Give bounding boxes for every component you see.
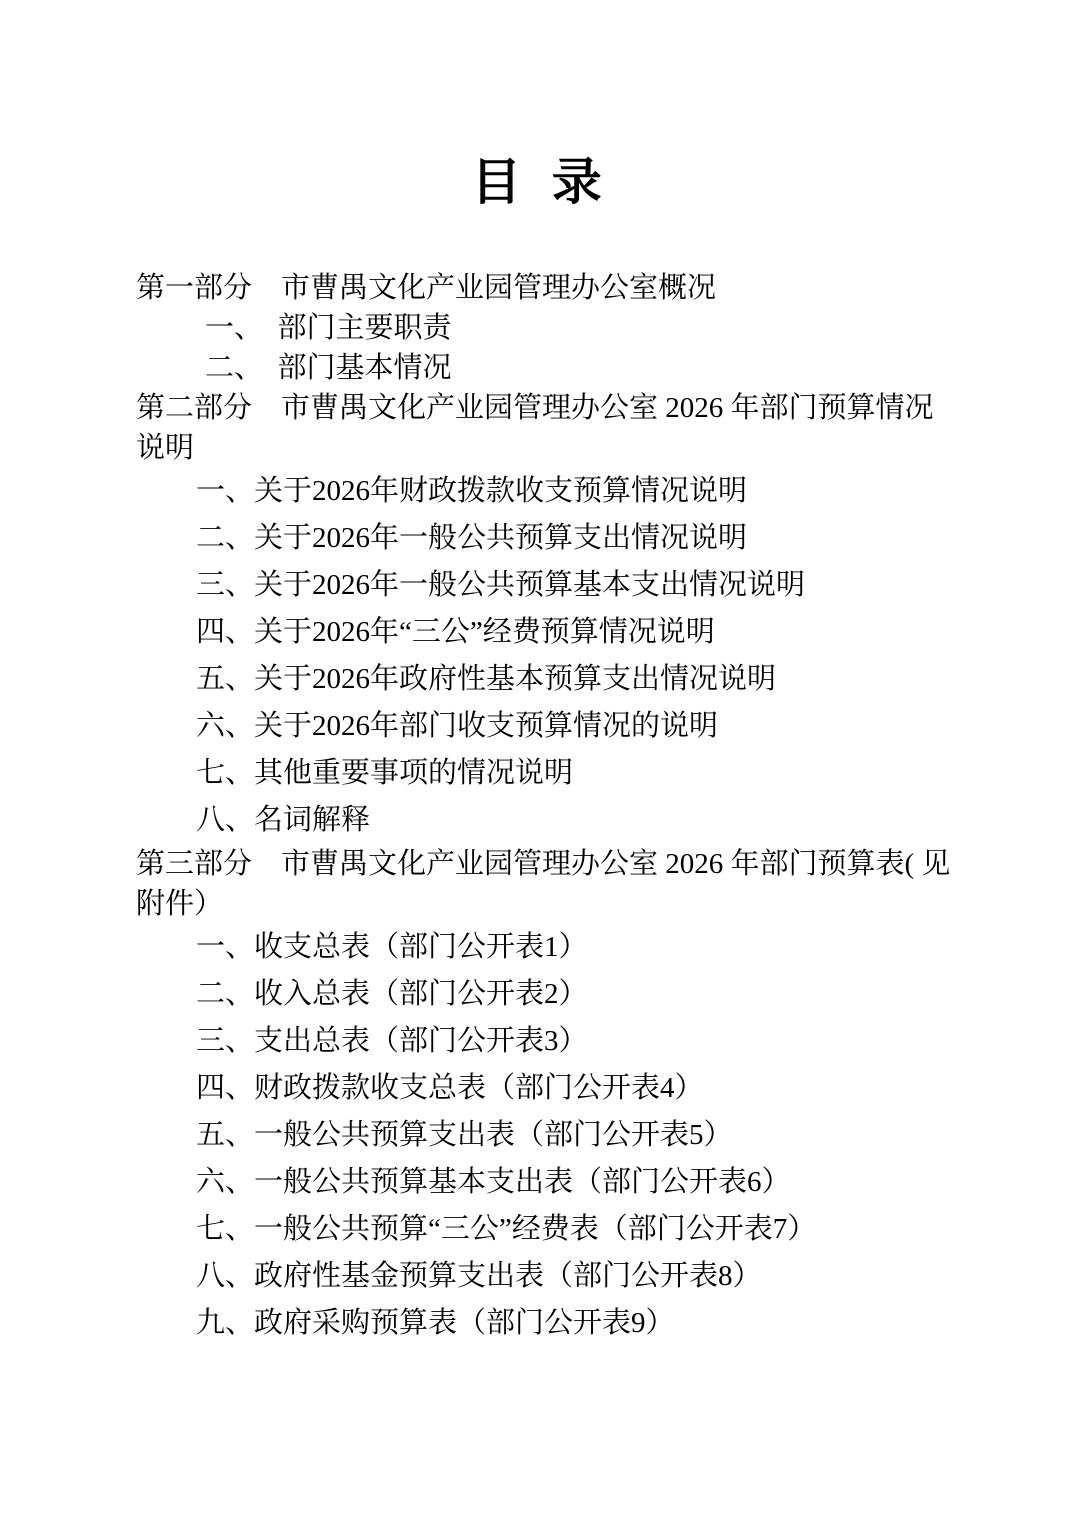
toc-section2-item: 二、关于2026年一般公共预算支出情况说明 <box>136 515 939 562</box>
toc-section3-item: 九、政府采购预算表（部门公开表9） <box>136 1300 939 1347</box>
toc-section3-item: 五、一般公共预算支出表（部门公开表5） <box>136 1112 939 1159</box>
toc-section1-heading: 第一部分 市曹禺文化产业园管理办公室概况 <box>136 268 939 308</box>
toc-section3-item: 三、支出总表（部门公开表3） <box>136 1018 939 1065</box>
toc-section3-heading-line1: 第三部分 市曹禺文化产业园管理办公室 2026 年部门预算表( 见 <box>136 844 939 884</box>
toc-section2-item: 五、关于2026年政府性基本预算支出情况说明 <box>136 656 939 703</box>
toc-content: 目 录 第一部分 市曹禺文化产业园管理办公室概况 一、 部门主要职责 二、 部门… <box>0 152 1069 1347</box>
toc-section3-item: 四、财政拨款收支总表（部门公开表4） <box>136 1065 939 1112</box>
document-page: 目 录 第一部分 市曹禺文化产业园管理办公室概况 一、 部门主要职责 二、 部门… <box>0 0 1069 1514</box>
toc-entries: 第一部分 市曹禺文化产业园管理办公室概况 一、 部门主要职责 二、 部门基本情况… <box>136 268 939 1347</box>
toc-section2-item: 一、关于2026年财政拨款收支预算情况说明 <box>136 468 939 515</box>
toc-section3-item: 二、收入总表（部门公开表2） <box>136 971 939 1018</box>
toc-section2-item: 三、关于2026年一般公共预算基本支出情况说明 <box>136 562 939 609</box>
toc-section2-item: 四、关于2026年“三公”经费预算情况说明 <box>136 609 939 656</box>
toc-section2-item: 八、名词解释 <box>136 797 939 844</box>
toc-section2-item: 七、其他重要事项的情况说明 <box>136 750 939 797</box>
toc-section1-item: 一、 部门主要职责 <box>136 308 939 348</box>
toc-section3-item: 一、收支总表（部门公开表1） <box>136 924 939 971</box>
toc-section2-heading-line2: 说明 <box>136 428 939 468</box>
toc-section3-heading-line2: 附件） <box>136 884 939 924</box>
toc-section1-item: 二、 部门基本情况 <box>136 348 939 388</box>
toc-section3-item: 八、政府性基金预算支出表（部门公开表8） <box>136 1253 939 1300</box>
toc-section3-item: 七、一般公共预算“三公”经费表（部门公开表7） <box>136 1206 939 1253</box>
toc-section2-heading-line1: 第二部分 市曹禺文化产业园管理办公室 2026 年部门预算情况 <box>136 388 939 428</box>
toc-section2-item: 六、关于2026年部门收支预算情况的说明 <box>136 703 939 750</box>
toc-section3-item: 六、一般公共预算基本支出表（部门公开表6） <box>136 1159 939 1206</box>
doc-title: 目 录 <box>136 152 939 212</box>
